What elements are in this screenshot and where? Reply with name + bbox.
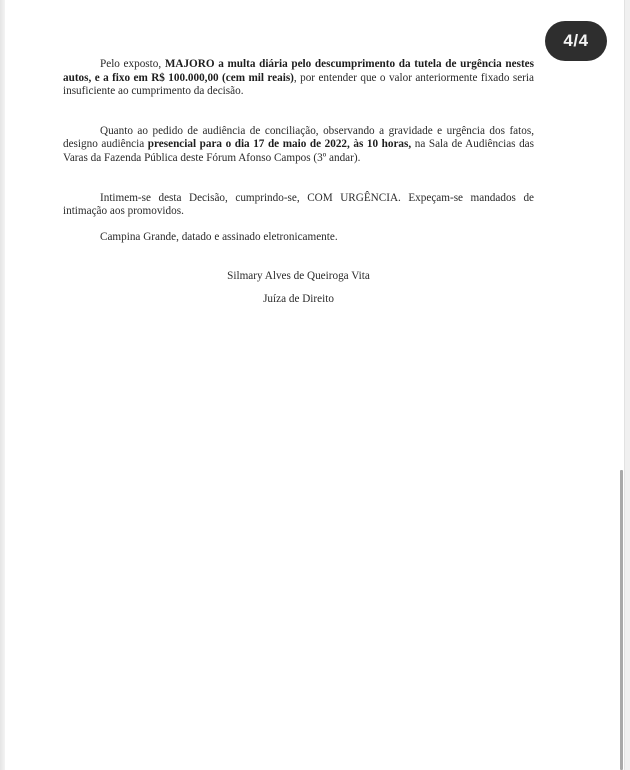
text-segment: Pelo exposto, <box>100 58 165 70</box>
document-body: Pelo exposto, MAJORO a multa diária pelo… <box>63 58 534 256</box>
text-segment: Intimem-se desta Decisão, cumprindo-se, … <box>63 192 534 218</box>
paragraph-hearing: Quanto ao pedido de audiência de concili… <box>63 125 534 166</box>
scrollbar-thumb[interactable] <box>620 470 623 770</box>
paragraph-fine-increase: Pelo exposto, MAJORO a multa diária pelo… <box>63 58 534 99</box>
scrollbar[interactable] <box>620 470 624 770</box>
text-segment: Campina Grande, datado e assinado eletro… <box>100 231 338 243</box>
signer-name: Silmary Alves de Queiroga Vita <box>63 270 534 284</box>
paragraph-place-date: Campina Grande, datado e assinado eletro… <box>63 231 534 245</box>
page-right-border <box>624 0 630 770</box>
page-indicator-badge: 4/4 <box>545 21 607 61</box>
signature-block: Silmary Alves de Queiroga Vita Juíza de … <box>63 270 534 306</box>
text-segment-bold: presencial para o dia 17 de maio de 2022… <box>148 138 411 150</box>
signer-role: Juíza de Direito <box>63 293 534 307</box>
page-left-border <box>0 0 5 770</box>
paragraph-summons: Intimem-se desta Decisão, cumprindo-se, … <box>63 192 534 219</box>
